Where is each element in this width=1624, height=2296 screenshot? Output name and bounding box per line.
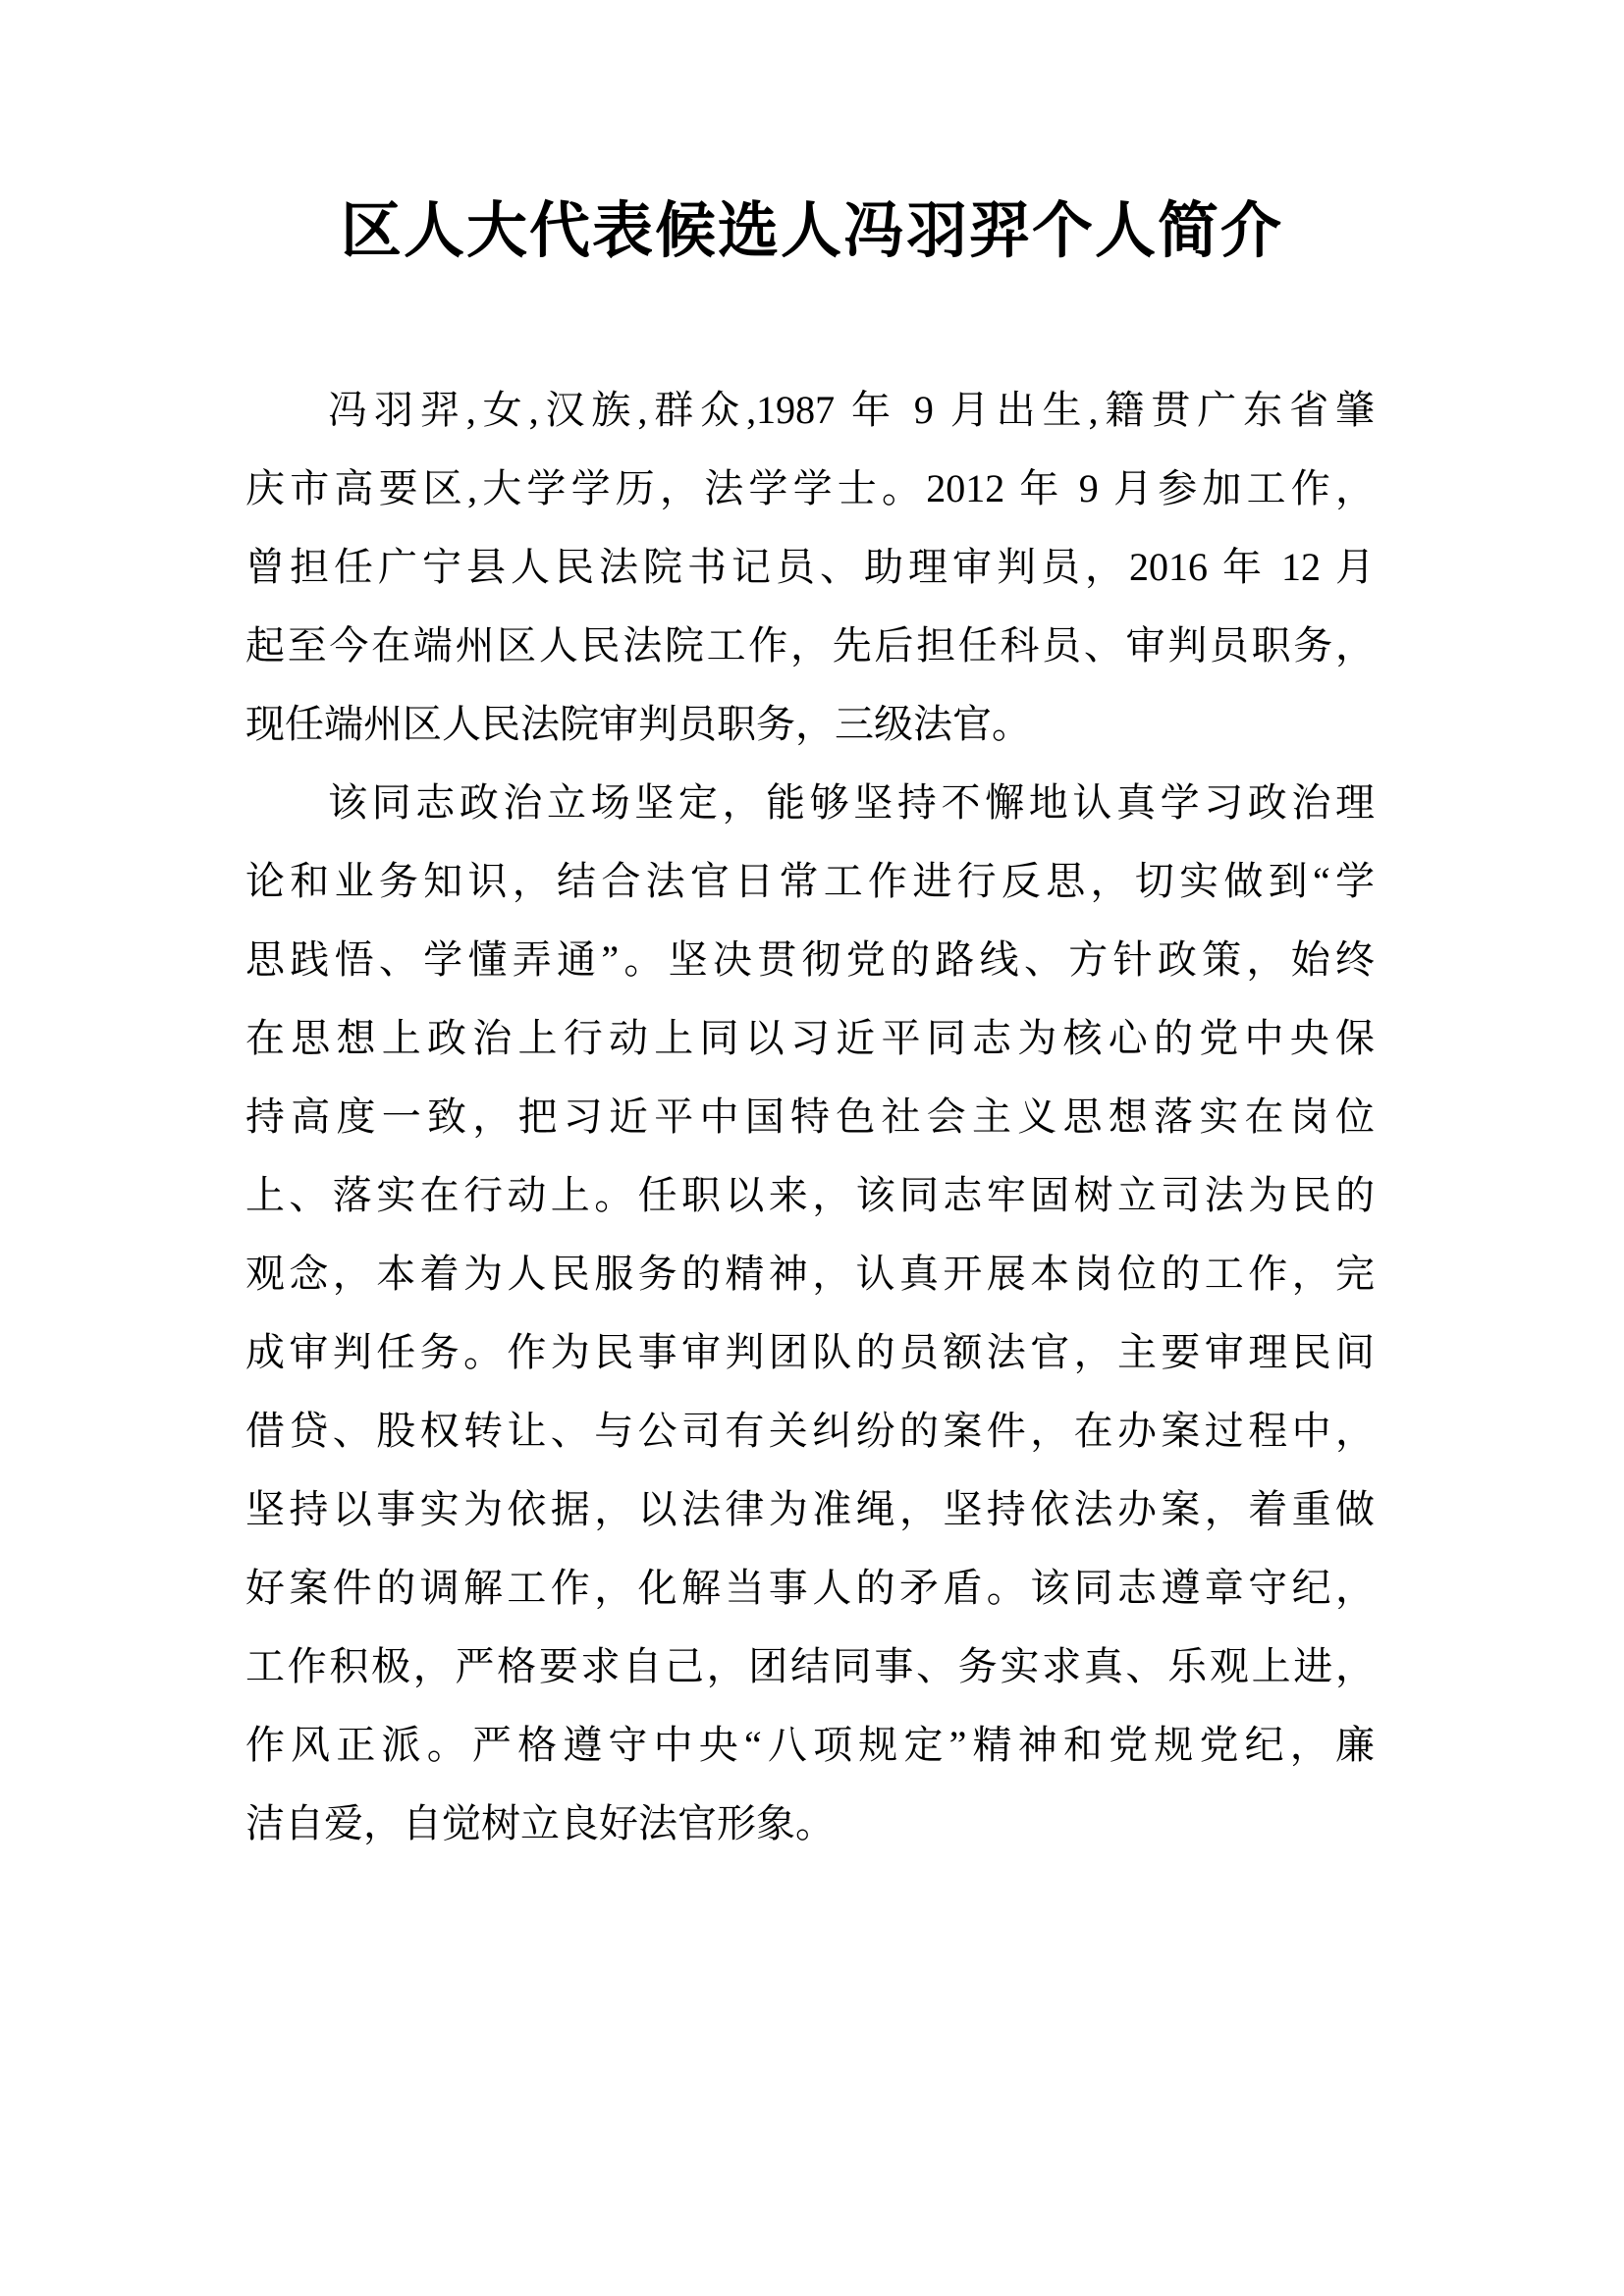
body-line: 在思想上政治上行动上同以习近平同志为核心的党中央保 <box>245 999 1375 1078</box>
body-line: 作风正派。严格遵守中央“八项规定”精神和党规党纪，廉 <box>245 1706 1375 1785</box>
body-line: 观念，本着为人民服务的精神，认真开展本岗位的工作，完 <box>245 1235 1375 1313</box>
body-line: 思践悟、学懂弄通”。坚决贯彻党的路线、方针政策，始终 <box>245 921 1375 999</box>
document-page: 区人大代表候选人冯羽羿个人简介 冯羽羿,女,汉族,群众,1987 年 9 月出生… <box>0 0 1624 2296</box>
body-line: 持高度一致，把习近平中国特色社会主义思想落实在岗位 <box>245 1078 1375 1156</box>
body-line: 冯羽羿,女,汉族,群众,1987 年 9 月出生,籍贯广东省肇 <box>245 371 1375 450</box>
body-line: 论和业务知识，结合法官日常工作进行反思，切实做到“学 <box>245 842 1375 921</box>
document-title: 区人大代表候选人冯羽羿个人简介 <box>0 0 1624 271</box>
body-line: 庆市高要区,大学学历，法学学士。2012 年 9 月参加工作， <box>245 450 1375 528</box>
document-body: 冯羽羿,女,汉族,群众,1987 年 9 月出生,籍贯广东省肇庆市高要区,大学学… <box>245 371 1375 1863</box>
body-line: 该同志政治立场坚定，能够坚持不懈地认真学习政治理 <box>245 764 1375 842</box>
body-line: 现任端州区人民法院审判员职务，三级法官。 <box>245 685 1375 764</box>
body-line: 好案件的调解工作，化解当事人的矛盾。该同志遵章守纪， <box>245 1549 1375 1628</box>
body-line: 坚持以事实为依据，以法律为准绳，坚持依法办案，着重做 <box>245 1470 1375 1549</box>
paragraph: 冯羽羿,女,汉族,群众,1987 年 9 月出生,籍贯广东省肇庆市高要区,大学学… <box>245 371 1375 764</box>
body-line: 洁自爱，自觉树立良好法官形象。 <box>245 1785 1375 1863</box>
body-line: 工作积极，严格要求自己，团结同事、务实求真、乐观上进， <box>245 1628 1375 1706</box>
body-line: 上、落实在行动上。任职以来，该同志牢固树立司法为民的 <box>245 1156 1375 1235</box>
body-line: 成审判任务。作为民事审判团队的员额法官，主要审理民间 <box>245 1313 1375 1392</box>
body-line: 借贷、股权转让、与公司有关纠纷的案件，在办案过程中， <box>245 1392 1375 1470</box>
body-line: 起至今在端州区人民法院工作，先后担任科员、审判员职务， <box>245 607 1375 685</box>
body-line: 曾担任广宁县人民法院书记员、助理审判员，2016 年 12 月 <box>245 528 1375 607</box>
paragraph: 该同志政治立场坚定，能够坚持不懈地认真学习政治理论和业务知识，结合法官日常工作进… <box>245 764 1375 1863</box>
